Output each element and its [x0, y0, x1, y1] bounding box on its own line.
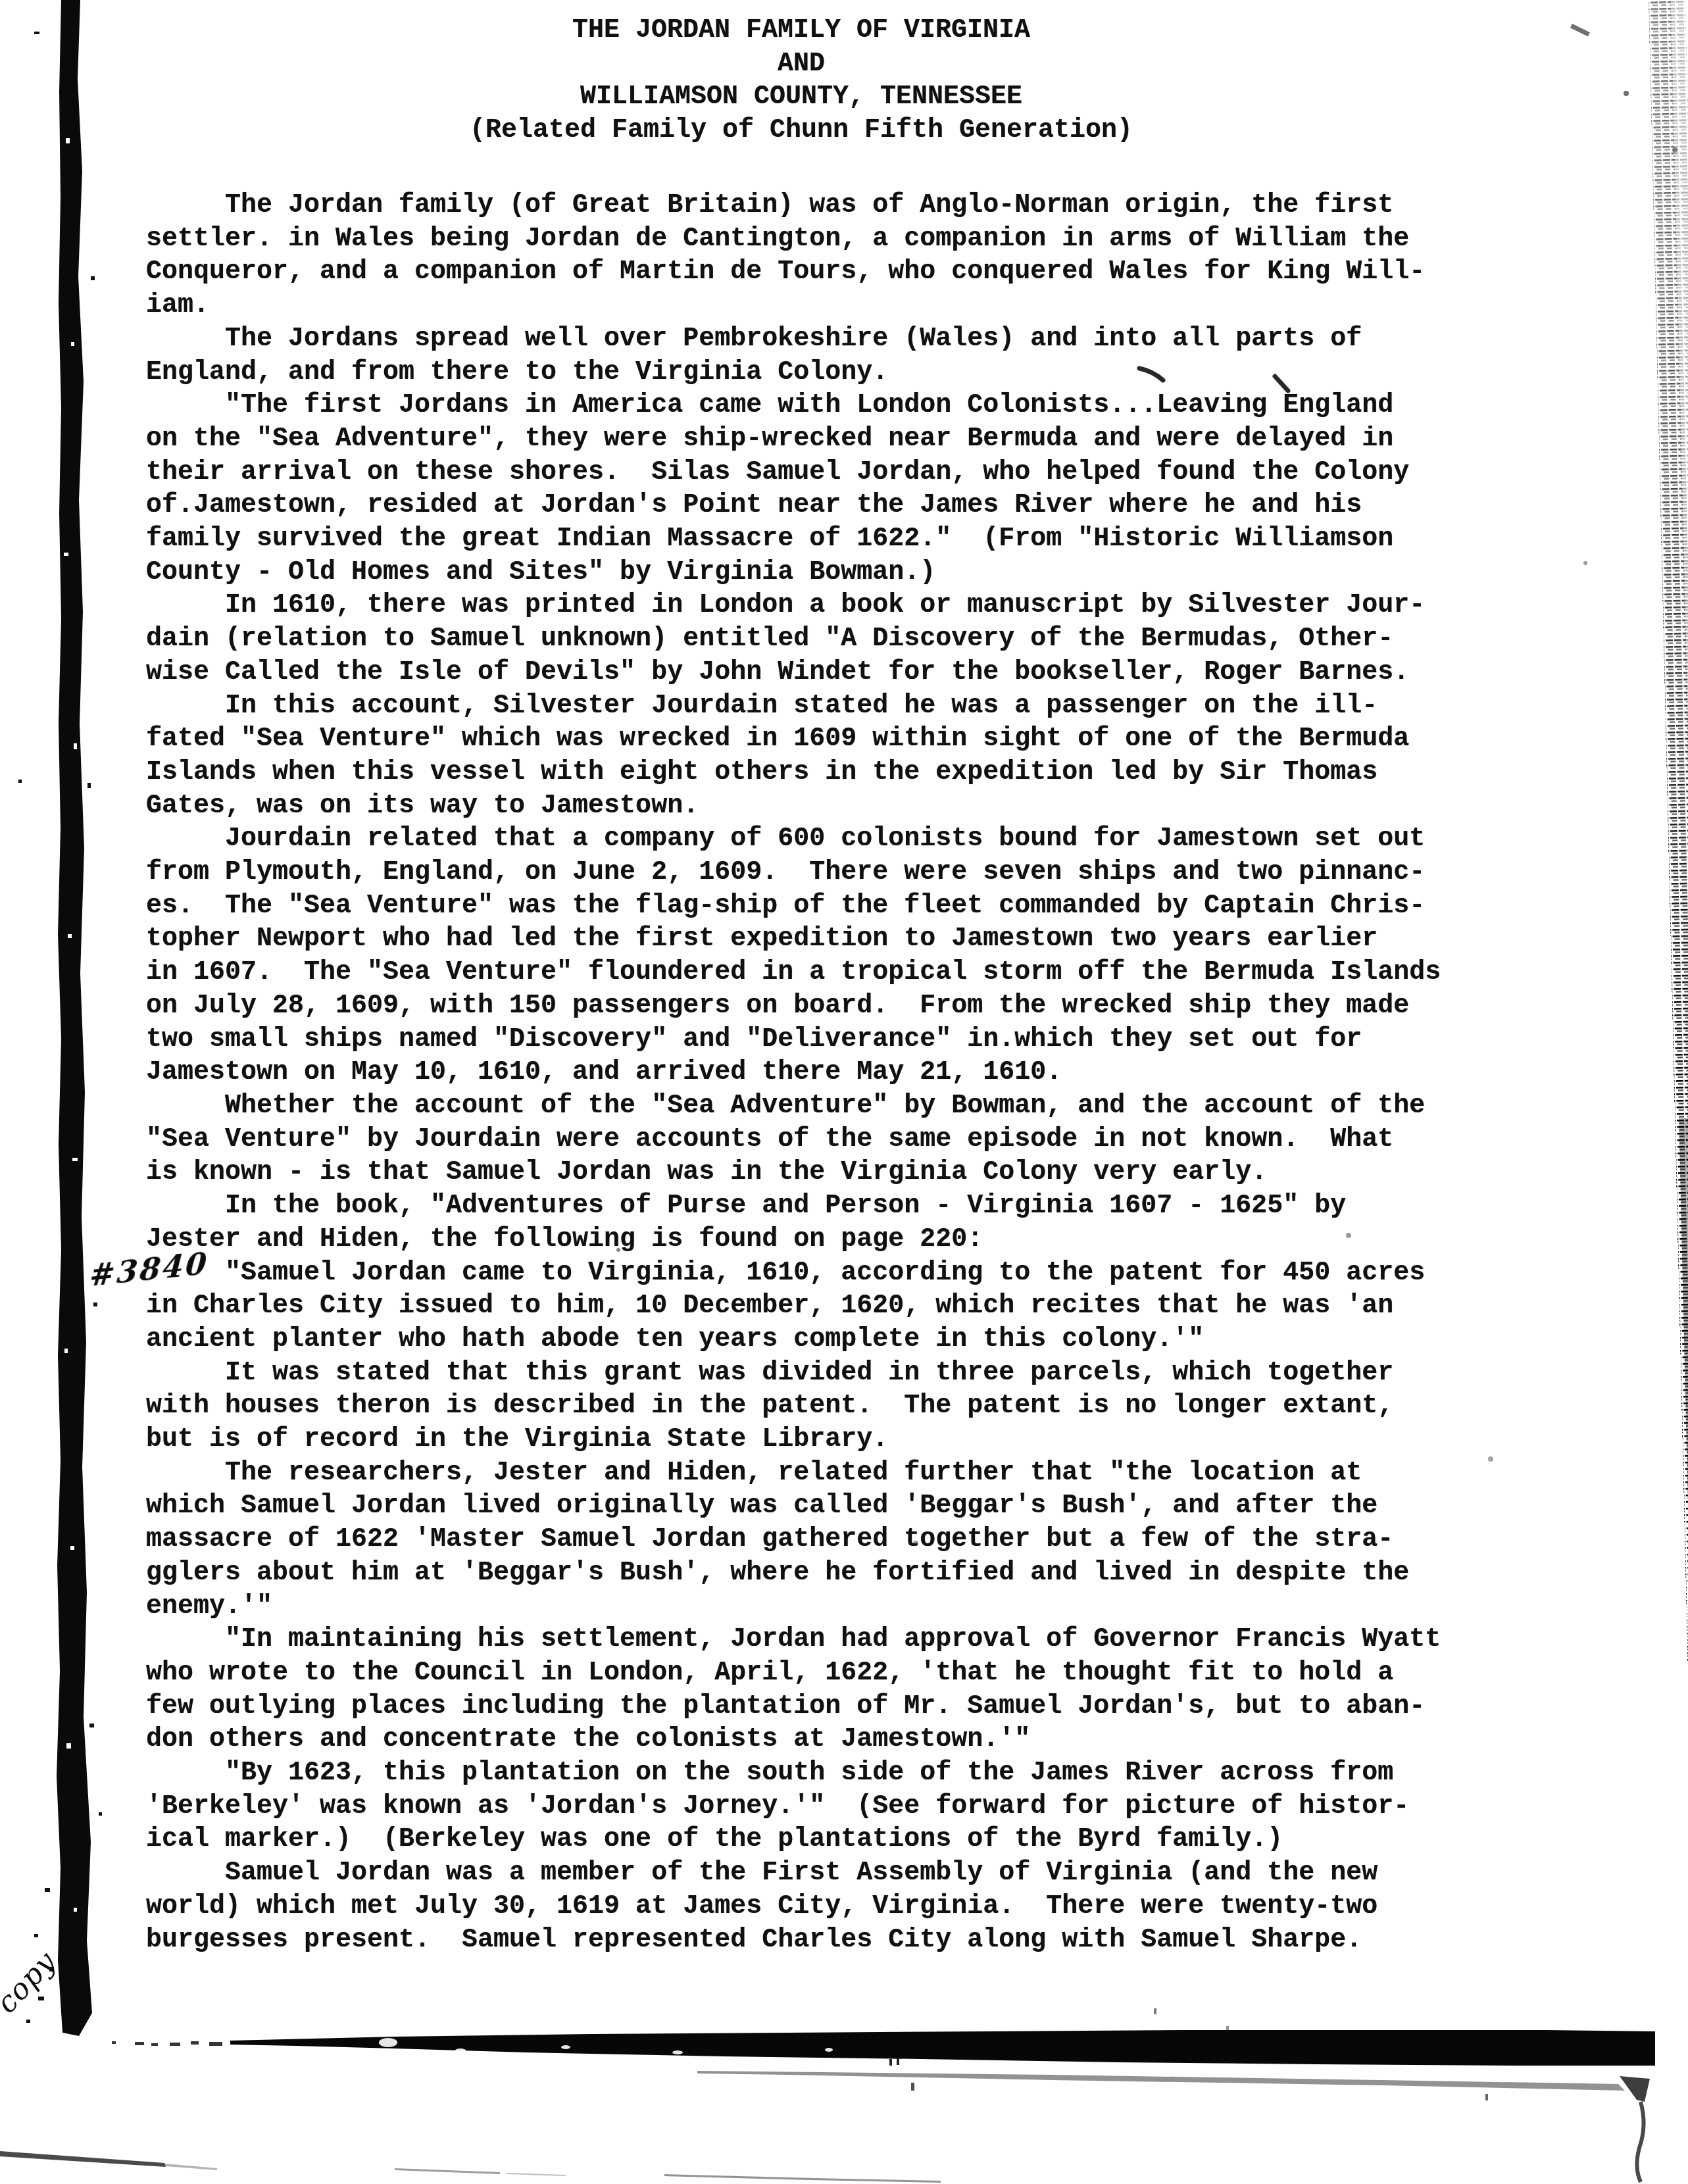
body-line: Jamestown on May 10, 1610, and arrived t…	[146, 1056, 1659, 1090]
scan-left-edge-bar	[18, 0, 102, 2036]
body-line: gglers about him at 'Beggar's Bush', whe…	[146, 1557, 1659, 1591]
body-line: County - Old Homes and Sites" by Virgini…	[146, 557, 1659, 590]
body-line: burgesses present. Samuel represented Ch…	[146, 1924, 1659, 1958]
body-line: two small ships named "Discovery" and "D…	[146, 1024, 1659, 1057]
body-line: Islands when this vessel with eight othe…	[146, 757, 1659, 790]
body-line: "By 1623, this plantation on the south s…	[146, 1757, 1659, 1791]
body-line: from Plymouth, England, on June 2, 1609.…	[146, 856, 1659, 890]
body-line: "In maintaining his settlement, Jordan h…	[146, 1624, 1659, 1657]
body-line: topher Newport who had led the first exp…	[146, 923, 1659, 956]
body-line: England, and from there to the Virginia …	[146, 357, 1659, 390]
body-line: The Jordans spread well over Pembrokeshi…	[146, 323, 1659, 357]
title-line: AND	[146, 48, 1456, 82]
body-line: don others and concentrate the colonists…	[146, 1724, 1659, 1757]
body-line: few outlying places including the planta…	[146, 1691, 1659, 1724]
body-line: dain (relation to Samuel unknown) entitl…	[146, 623, 1659, 657]
body-line: It was stated that this grant was divide…	[146, 1357, 1659, 1391]
title-line: WILLIAMSON COUNTY, TENNESSEE	[146, 81, 1456, 114]
body-line: with houses theron is described in the p…	[146, 1390, 1659, 1424]
body-line: Conqueror, and a companion of Martin de …	[146, 256, 1659, 289]
body-line: Jester and Hiden, the following is found…	[146, 1224, 1659, 1257]
body-line: on the "Sea Adventure", they were ship-w…	[146, 423, 1659, 457]
body-line: world) which met July 30, 1619 at James …	[146, 1891, 1659, 1924]
body-line: es. The "Sea Venture" was the flag-ship …	[146, 890, 1659, 924]
body-line: in Charles City issued to him, 10 Decemb…	[146, 1290, 1659, 1324]
body-line: In the book, "Adventures of Purse and Pe…	[146, 1190, 1659, 1224]
body-line: who wrote to the Council in London, Apri…	[146, 1657, 1659, 1691]
body-line: is known - is that Samuel Jordan was in …	[146, 1156, 1659, 1190]
body-line: which Samuel Jordan lived originally was…	[146, 1490, 1659, 1524]
body-line: of.Jamestown, resided at Jordan's Point …	[146, 489, 1659, 523]
title-line: (Related Family of Chunn Fifth Generatio…	[146, 114, 1456, 148]
body-line: on July 28, 1609, with 150 passengers on…	[146, 990, 1659, 1024]
body-line: "Samuel Jordan came to Virginia, 1610, a…	[146, 1257, 1659, 1291]
body-line: wise Called the Isle of Devils" by John …	[146, 657, 1659, 690]
body-line: ical marker.) (Berkeley was one of the p…	[146, 1824, 1659, 1857]
document-title: THE JORDAN FAMILY OF VIRGINIAANDWILLIAMS…	[146, 14, 1456, 148]
body-line: "The first Jordans in America came with …	[146, 389, 1659, 423]
document-body: The Jordan family (of Great Britain) was…	[146, 189, 1659, 1957]
scan-bottom-smudge-band	[112, 2008, 1655, 2182]
body-line: family survived the great Indian Massacr…	[146, 523, 1659, 557]
body-line: "Sea Venture" by Jourdain were accounts …	[146, 1124, 1659, 1157]
body-line: settler. in Wales being Jordan de Cantin…	[146, 223, 1659, 257]
body-line: The researchers, Jester and Hiden, relat…	[146, 1457, 1659, 1491]
body-line: massacre of 1622 'Master Samuel Jordan g…	[146, 1524, 1659, 1557]
body-line: their arrival on these shores. Silas Sam…	[146, 457, 1659, 490]
body-line: Gates, was on its way to Jamestown.	[146, 790, 1659, 824]
body-line: iam.	[146, 289, 1659, 323]
body-line: enemy.'"	[146, 1591, 1659, 1624]
scanned-document-page: THE JORDAN FAMILY OF VIRGINIAANDWILLIAMS…	[0, 0, 1688, 2184]
body-line: In this account, Silvester Jourdain stat…	[146, 690, 1659, 724]
body-line: fated "Sea Venture" which was wrecked in…	[146, 723, 1659, 757]
body-line: Whether the account of the "Sea Adventur…	[146, 1090, 1659, 1124]
body-line: In 1610, there was printed in London a b…	[146, 589, 1659, 623]
body-line: Jourdain related that a company of 600 c…	[146, 823, 1659, 856]
body-line: in 1607. The "Sea Venture" floundered in…	[146, 956, 1659, 990]
title-line: THE JORDAN FAMILY OF VIRGINIA	[146, 14, 1456, 48]
body-line: ancient planter who hath abode ten years…	[146, 1324, 1659, 1357]
body-line: Samuel Jordan was a member of the First …	[146, 1857, 1659, 1891]
body-line: but is of record in the Virginia State L…	[146, 1424, 1659, 1457]
body-line: 'Berkeley' was known as 'Jordan's Jorney…	[146, 1791, 1659, 1824]
body-line: The Jordan family (of Great Britain) was…	[146, 189, 1659, 223]
scan-bottom-scratch-lines	[0, 2151, 941, 2183]
